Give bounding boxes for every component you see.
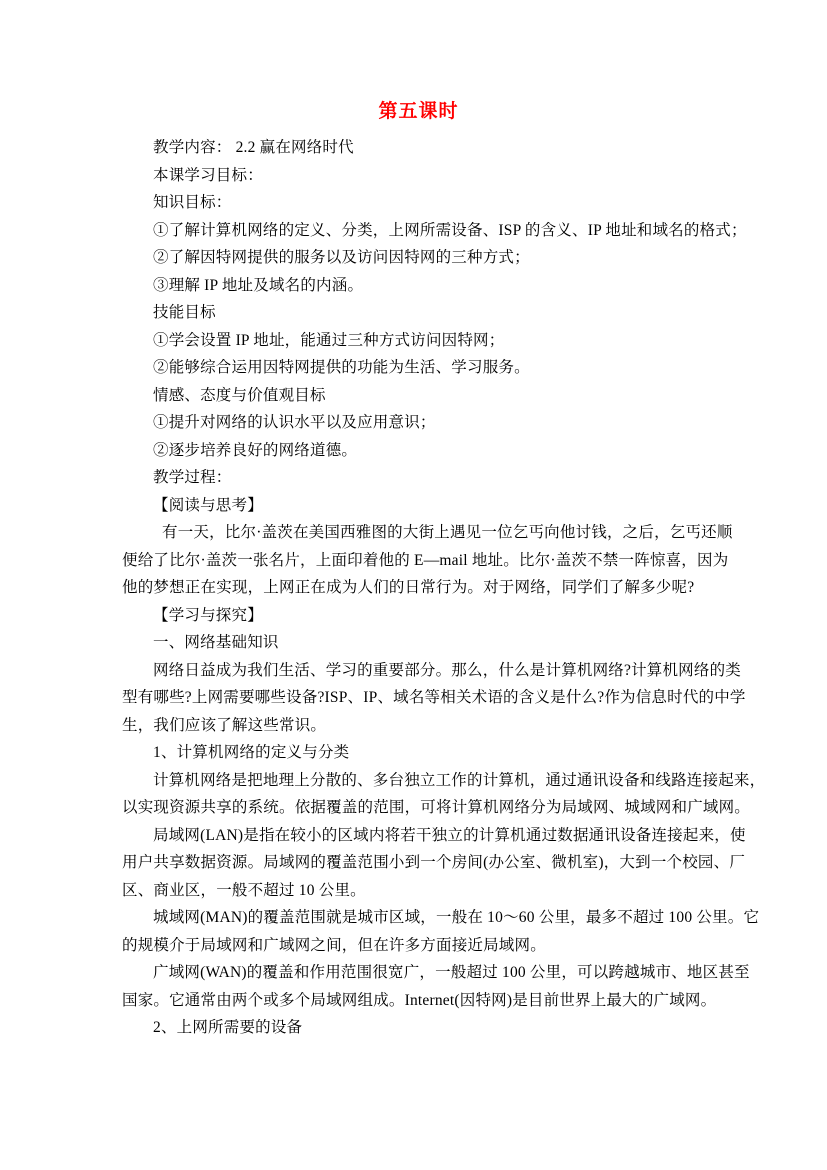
text-line: 型有哪些?上网需要哪些设备?ISP、IP、域名等相关术语的含义是什么?作为信息时…	[122, 684, 715, 712]
text-line: 有一天，比尔·盖茨在美国西雅图的大街上遇见一位乞丐向他讨钱，之后，乞丐还顺	[122, 519, 715, 547]
text-line: 技能目标	[122, 299, 715, 327]
text-line: ②能够综合运用因特网提供的功能为生活、学习服务。	[122, 354, 715, 382]
text-line: ①了解计算机网络的定义、分类，上网所需设备、ISP 的含义、IP 地址和域名的格…	[122, 217, 715, 245]
text-line: 一、网络基础知识	[122, 629, 715, 657]
text-line: 的规模介于局域网和广域网之间，但在许多方面接近局域网。	[122, 932, 715, 960]
text-line: 国家。它通常由两个或多个局域网组成。Internet(因特网)是目前世界上最大的…	[122, 987, 715, 1015]
text-line: 教学过程：	[122, 464, 715, 492]
text-line: 2、上网所需要的设备	[122, 1014, 715, 1042]
text-line: 1、计算机网络的定义与分类	[122, 739, 715, 767]
text-line: ②逐步培养良好的网络道德。	[122, 437, 715, 465]
text-line: 广域网(WAN)的覆盖和作用范围很宽广，一般超过 100 公里，可以跨越城市、地…	[122, 959, 715, 987]
document-body: 教学内容： 2.2 赢在网络时代本课学习目标：知识目标：①了解计算机网络的定义、…	[122, 134, 715, 1042]
text-line: 【阅读与思考】	[122, 492, 715, 520]
text-line: 城域网(MAN)的覆盖范围就是城市区域，一般在 10～60 公里，最多不超过 1…	[122, 904, 715, 932]
text-line: 【学习与探究】	[122, 602, 715, 630]
text-line: 用户共享数据资源。局域网的覆盖范围小到一个房间(办公室、微机室)，大到一个校园、…	[122, 849, 715, 877]
text-line: 情感、态度与价值观目标	[122, 382, 715, 410]
text-line: 教学内容： 2.2 赢在网络时代	[122, 134, 715, 162]
text-line: ③理解 IP 地址及域名的内涵。	[122, 272, 715, 300]
text-line: ①提升对网络的认识水平以及应用意识；	[122, 409, 715, 437]
text-line: 区、商业区，一般不超过 10 公里。	[122, 877, 715, 905]
text-line: 计算机网络是把地理上分散的、多台独立工作的计算机，通过通讯设备和线路连接起来，	[122, 767, 715, 795]
text-line: 知识目标：	[122, 189, 715, 217]
text-line: 局域网(LAN)是指在较小的区域内将若干独立的计算机通过数据通讯设备连接起来，使	[122, 822, 715, 850]
text-line: ②了解因特网提供的服务以及访问因特网的三种方式；	[122, 244, 715, 272]
page-title: 第五课时	[122, 98, 715, 126]
text-line: ①学会设置 IP 地址，能通过三种方式访问因特网；	[122, 327, 715, 355]
text-line: 以实现资源共享的系统。依据覆盖的范围，可将计算机网络分为局域网、城域网和广域网。	[122, 794, 715, 822]
text-line: 他的梦想正在实现，上网正在成为人们的日常行为。对于网络，同学们了解多少呢?	[122, 574, 715, 602]
text-line: 生，我们应该了解这些常识。	[122, 712, 715, 740]
text-line: 网络日益成为我们生活、学习的重要部分。那么，什么是计算机网络?计算机网络的类	[122, 657, 715, 685]
text-line: 便给了比尔·盖茨一张名片，上面印着他的 E—mail 地址。比尔·盖茨不禁一阵惊…	[122, 547, 715, 575]
text-line: 本课学习目标：	[122, 162, 715, 190]
document-page: 第五课时 教学内容： 2.2 赢在网络时代本课学习目标：知识目标：①了解计算机网…	[0, 0, 827, 1170]
